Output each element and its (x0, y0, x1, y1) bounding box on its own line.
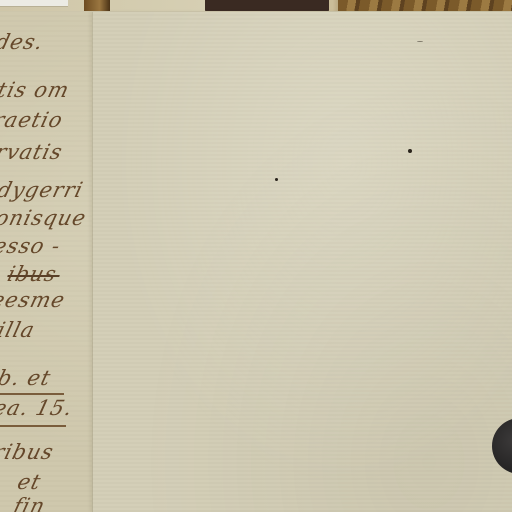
text-line: des. (0, 30, 46, 54)
text-line: ea. 15. (0, 396, 76, 420)
ink-speck (275, 178, 278, 181)
text-line: tis om (0, 78, 72, 102)
text-line: rvatis (0, 140, 65, 164)
text-line: illa (0, 318, 38, 342)
text-line: esso - (0, 234, 63, 258)
underline-stroke (0, 425, 66, 427)
wooden-edge-right (338, 0, 512, 11)
text-line: fin (11, 494, 48, 512)
text-line: raetio (0, 108, 66, 132)
underline-stroke (0, 393, 64, 395)
text-line: et (15, 470, 44, 494)
text-line: eesme (0, 288, 68, 312)
struck-text-line: ibus (5, 262, 59, 286)
blank-overlay-sheet (92, 12, 512, 512)
handwritten-text: des. tis om raetio rvatis dygerri onisqu… (0, 0, 100, 512)
text-line: ribus (0, 440, 56, 464)
ink-speck (417, 41, 423, 42)
ink-speck (408, 149, 412, 153)
text-line: onisque (0, 206, 89, 230)
manuscript-photo: des. tis om raetio rvatis dygerri onisqu… (0, 0, 512, 512)
text-line: dygerri (0, 178, 86, 202)
text-line: b. et (0, 366, 54, 390)
